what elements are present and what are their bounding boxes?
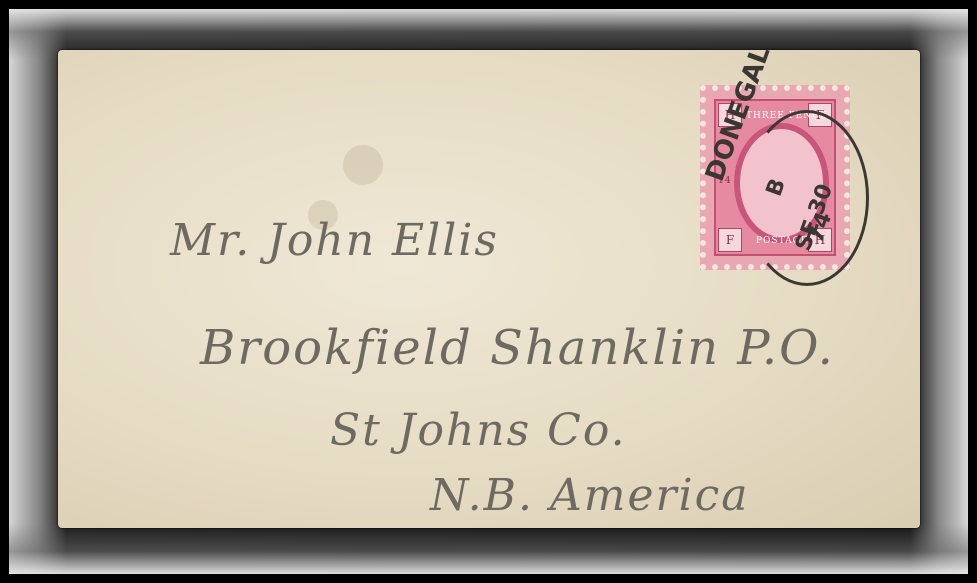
postmark-ring	[745, 110, 869, 286]
address-line-1: Mr. John Ellis	[170, 215, 499, 266]
stamp-corner-letter: F	[718, 228, 742, 252]
address-line-3: St Johns Co.	[330, 405, 627, 456]
stain	[343, 145, 383, 185]
address-line-4: N.B. America	[430, 470, 750, 521]
address-line-2: Brookfield Shanklin P.O.	[200, 320, 835, 376]
